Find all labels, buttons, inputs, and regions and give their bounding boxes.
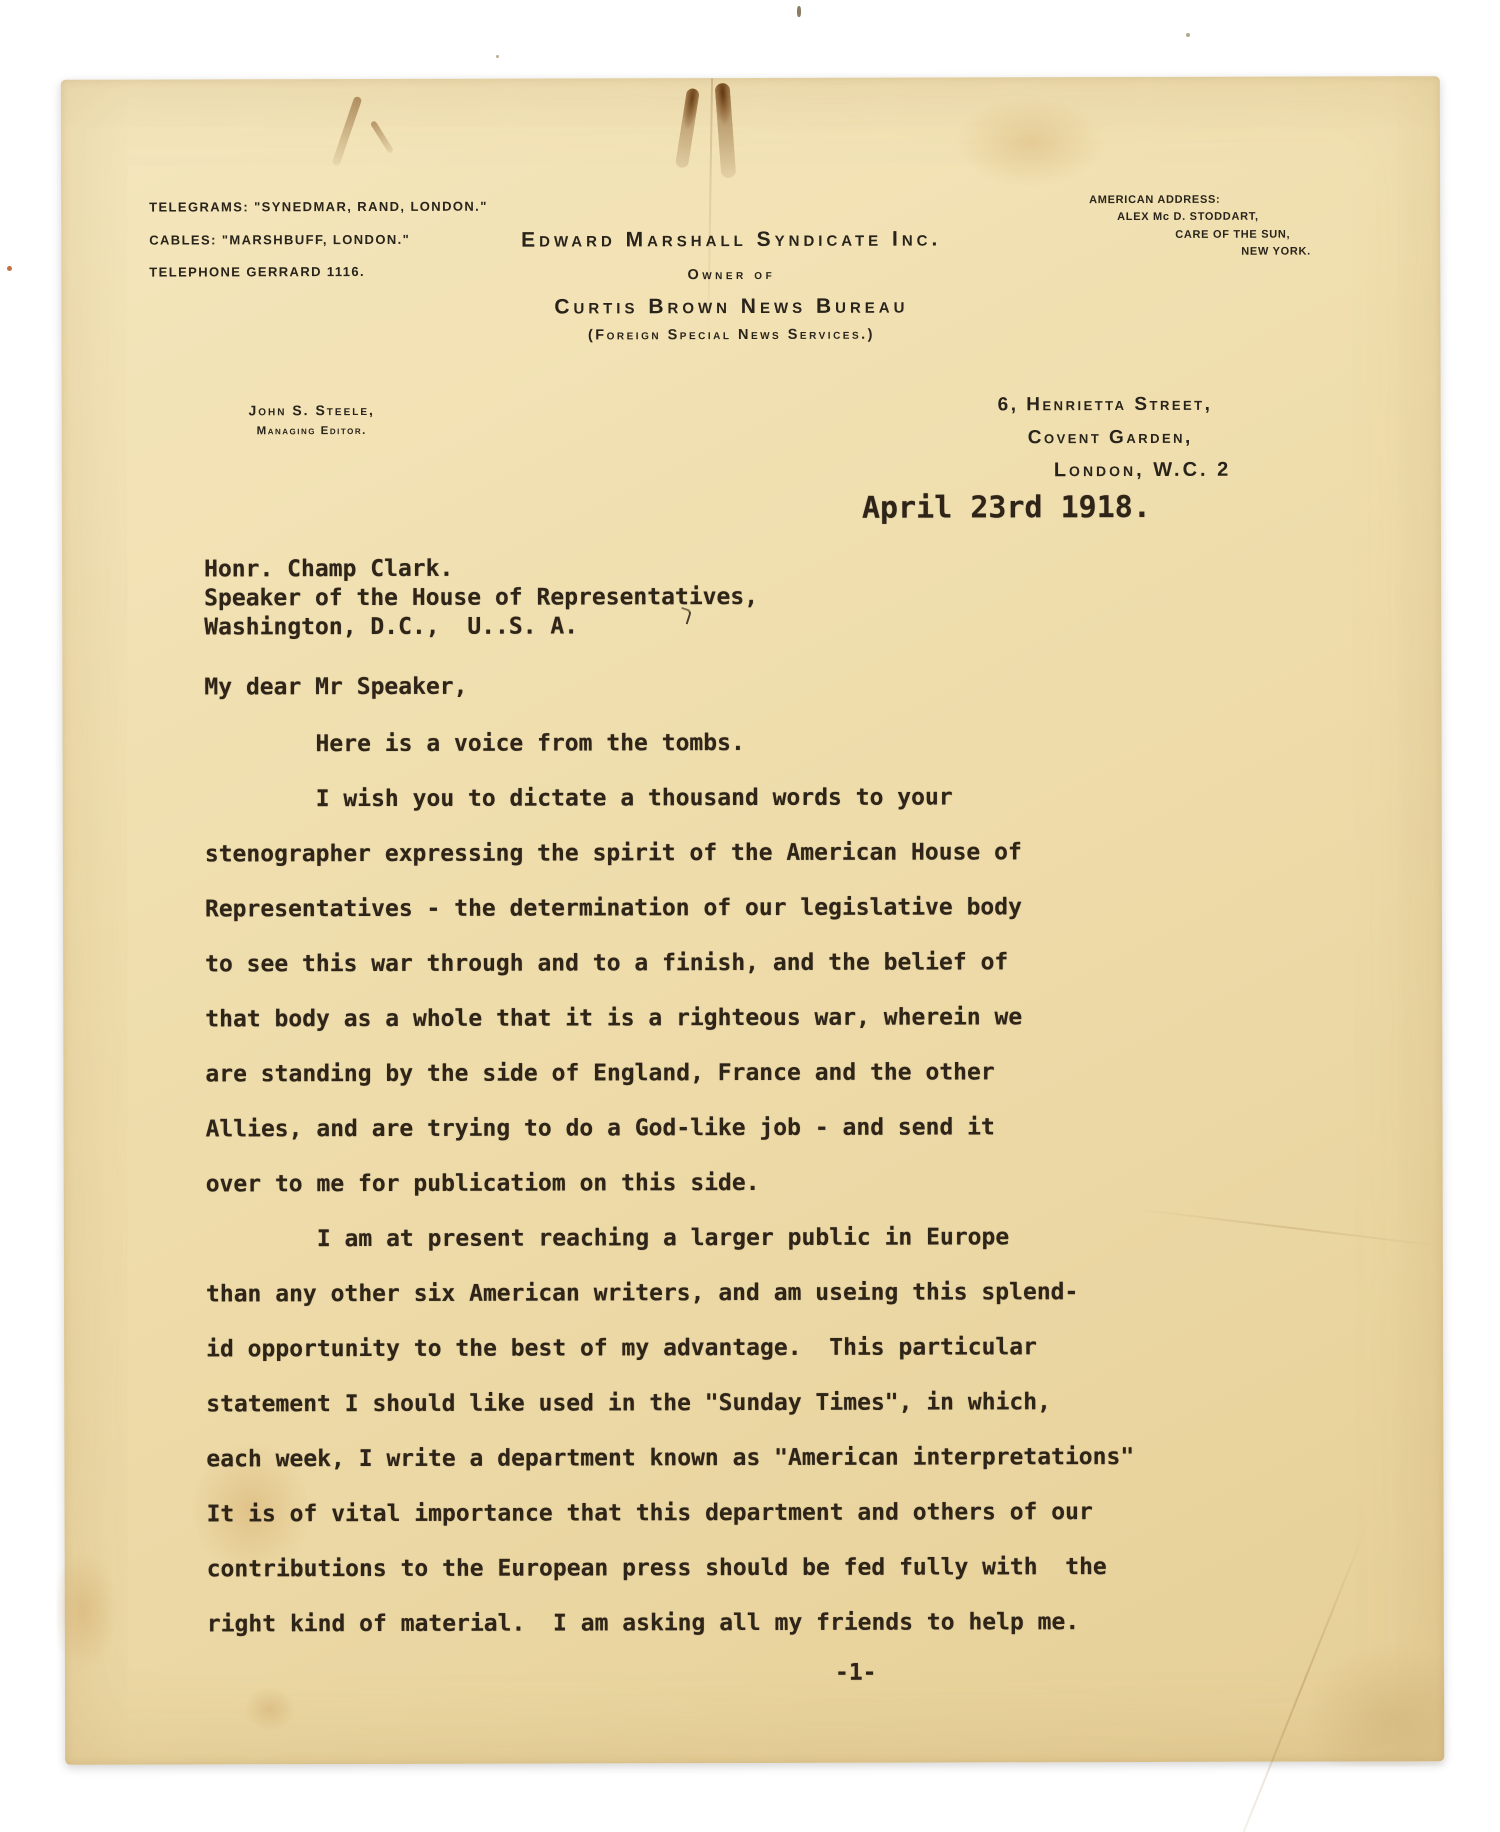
scanned-letter-page: { "colors": { "paper": "#eedcab", "typew… <box>0 0 1500 1832</box>
body-line: each week, I write a department known as… <box>206 1430 1296 1488</box>
page-number: -1- <box>835 1660 877 1686</box>
body-line: are standing by the side of England, Fra… <box>205 1045 1295 1103</box>
salutation: My dear Mr Speaker, <box>204 674 467 701</box>
body-line: that body as a whole that it is a righte… <box>205 990 1295 1048</box>
staple-rust-stain <box>675 88 700 169</box>
company-name: Edward Marshall Syndicate Inc. <box>361 227 1101 253</box>
body-line: to see this war through and to a finish,… <box>205 935 1295 993</box>
dust-speck <box>1186 33 1190 37</box>
staple-rust-stain <box>715 83 737 179</box>
recipient-line: Washington, D.C., U..S. A. <box>204 612 758 642</box>
office-address-line: Covent Garden, <box>998 421 1232 455</box>
letterhead-line: TELEGRAMS: "SYNEDMAR, RAND, LONDON." <box>149 191 488 224</box>
body-line: I wish you to dictate a thousand words t… <box>205 770 1295 828</box>
paper-stain <box>57 1530 147 1690</box>
body-line: id opportunity to the best of my advanta… <box>206 1320 1296 1378</box>
american-address-block: AMERICAN ADDRESS:ALEX Mc D. STODDART,CAR… <box>1089 192 1311 262</box>
body-line: than any other six American writers, and… <box>206 1265 1296 1323</box>
body-line: right kind of material. I am asking all … <box>207 1595 1297 1653</box>
letterhead-company-block: Edward Marshall Syndicate Inc. Owner of … <box>361 77 1101 79</box>
dust-speck <box>797 6 801 17</box>
body-line: contributions to the European press shou… <box>207 1540 1297 1598</box>
paper-stain <box>235 1679 305 1739</box>
recipient-line: Speaker of the House of Representatives, <box>204 583 758 613</box>
recipient-line: Honr. Champ Clark. <box>204 554 758 584</box>
bureau-name: Curtis Brown News Bureau <box>361 294 1101 320</box>
editor-name: John S. Steele, <box>187 402 437 419</box>
office-address-line: 6, Henrietta Street, <box>998 388 1232 422</box>
editor-title: Managing Editor. <box>187 425 437 438</box>
body-line: Allies, and are trying to do a God-like … <box>205 1100 1295 1158</box>
recipient-address-block: Honr. Champ Clark.Speaker of the House o… <box>204 554 758 642</box>
body-line: stenographer expressing the spirit of th… <box>205 825 1295 883</box>
american-address-line: ALEX Mc D. STODDART, <box>1089 209 1311 227</box>
american-address-line: AMERICAN ADDRESS: <box>1089 192 1311 210</box>
ink-streak-stain <box>332 96 363 167</box>
body-line: It is of vital importance that this depa… <box>206 1485 1296 1543</box>
body-line: statement I should like used in the "Sun… <box>206 1375 1296 1433</box>
office-address-block: 6, Henrietta Street,Covent Garden,London… <box>998 388 1232 488</box>
managing-editor-block: John S. Steele, Managing Editor. <box>187 402 437 438</box>
letter-paper: TELEGRAMS: "SYNEDMAR, RAND, LONDON."CABL… <box>61 76 1444 1765</box>
letter-body: Here is a voice from the tombs.I wish yo… <box>204 715 1296 1653</box>
letter-date: April 23rd 1918. <box>862 490 1151 526</box>
dust-speck <box>7 266 12 271</box>
paper-blotch <box>931 82 1131 203</box>
body-line: Representatives - the determination of o… <box>205 880 1295 938</box>
owner-of-label: Owner of <box>361 266 1101 284</box>
body-line: I am at present reaching a larger public… <box>206 1210 1296 1268</box>
dust-speck <box>496 55 499 58</box>
body-line: Here is a voice from the tombs. <box>204 715 1294 773</box>
ink-streak-stain <box>370 120 394 154</box>
american-address-line: NEW YORK. <box>1089 244 1311 262</box>
services-tagline: (Foreign Special News Services.) <box>361 326 1101 344</box>
american-address-line: CARE OF THE SUN, <box>1089 226 1311 244</box>
office-address-line: London, W.C. 2 <box>998 454 1232 488</box>
body-line: over to me for publicatiom on this side. <box>206 1155 1296 1213</box>
